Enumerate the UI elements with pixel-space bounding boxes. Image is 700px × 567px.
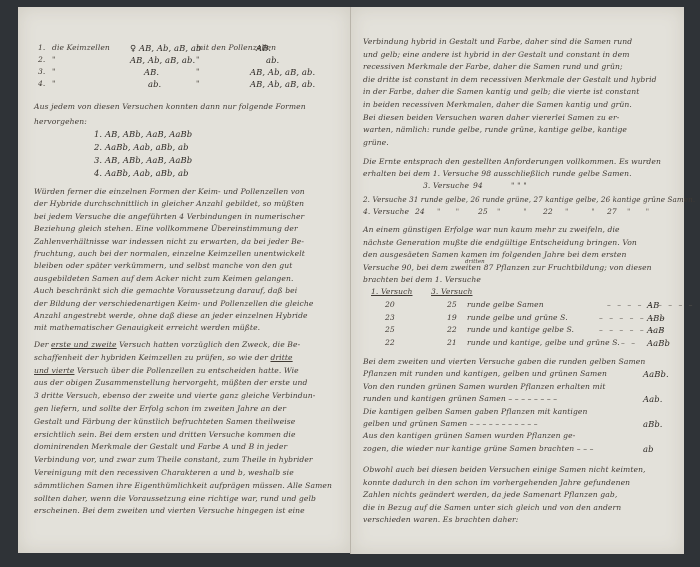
underlined-text: und vierte	[34, 366, 74, 375]
table-cell-description: runde und kantige gelbe S.	[467, 325, 574, 335]
paragraph-line: Obwohl auch bei diesen beiden Versuchen …	[363, 465, 646, 475]
results-2-line: 2. Versuche 31 runde gelbe, 26 runde grü…	[363, 195, 695, 205]
paragraph-line: runden und kantigen grünen Samen – – – –…	[363, 394, 557, 404]
paragraph-line: sämmtlichen Samen ihre Eigenthümlichkeit…	[34, 481, 332, 491]
paragraph-line: Verbindung vor, und zwar zum Theile cons…	[34, 455, 313, 465]
pollen-cell-formula: AB, Ab, aB, ab.	[250, 79, 315, 89]
table-cell-versuch-3: 22	[447, 325, 457, 335]
paragraph-line: den ausgesäeten Samen kamen im folgenden…	[363, 250, 626, 260]
paragraph-line: konnte dadurch in den schon im vorhergeh…	[363, 478, 630, 488]
germ-cell-formula: AB, Ab, aB, ab.	[130, 55, 195, 65]
paragraph-line: die in Bezug auf die Samen unter sich gl…	[363, 503, 621, 513]
table-cell-genotype: ABb	[647, 313, 665, 323]
paragraph-line: Anzahl angestrebt werde, ohne daß diese …	[34, 311, 308, 321]
table-cell-versuch-3: 25	[447, 300, 457, 310]
table-leader-dashes: – –	[621, 338, 637, 348]
results-4-label: 4. Versuche	[363, 207, 409, 217]
results-4-value-4: 27	[607, 207, 617, 217]
paragraph-line: schaffenheit der hybriden Keimzellen zu …	[34, 353, 293, 363]
results-4-value-1: 24	[415, 207, 425, 217]
pollen-cell-formula: AB, Ab, aB, ab.	[250, 67, 315, 77]
form-list-item-1: 1. AB, ABb, AaB, AaBb	[94, 129, 192, 139]
table-cell-versuch-1: 22	[385, 338, 395, 348]
table-header-2: 3. Versuch	[431, 287, 473, 297]
paragraph-line: Verbindung hybrid in Gestalt und Farbe, …	[363, 37, 632, 47]
table-cell-genotype: AB	[647, 300, 659, 310]
paragraph-line: Zahlen nichts geändert werden, da jede S…	[363, 490, 617, 500]
intro-line-1: Aus jedem von diesen Versuchen konnten d…	[34, 102, 306, 112]
paragraph-line: Gestalt und Färbung der künstlich befruc…	[34, 417, 295, 427]
ditto-mark: " "	[497, 207, 527, 217]
paragraph-line: warten, nämlich: runde gelbe, runde grün…	[363, 125, 627, 135]
results-intro-line-2: erhalten bei dem 1. Versuche 98 ausschli…	[363, 169, 632, 179]
paragraph-line: dominirenden Merkmale der Gestalt und Fa…	[34, 442, 287, 452]
paragraph-line: Vereinigung mit den recessiven Charakter…	[34, 468, 294, 478]
table-cell-description: runde und kantige, gelbe und grüne S.	[467, 338, 620, 348]
paragraph-line: 3 dritte Versuch, ebenso der zweite und …	[34, 391, 315, 401]
table-cell-genotype: AaBb	[647, 338, 670, 348]
cross-number: 3.	[38, 67, 45, 77]
ditto-mark: " "	[565, 207, 595, 217]
cross-number: 4.	[38, 79, 45, 89]
paragraph-line: gelben und grünen Samen – – – – – – – – …	[363, 419, 538, 429]
cross-text: "	[196, 67, 200, 77]
paragraph-line: Auch beschränkt sich die gemachte Voraus…	[34, 286, 297, 296]
form-list-item-4: 4. AaBb, Aab, aBb, ab	[94, 168, 189, 178]
paragraph-line: zogen, die wieder nur kantige grüne Same…	[363, 444, 594, 454]
paragraph-line: und vierte Versuch über die Pollenzellen…	[34, 366, 299, 376]
left-manuscript-page: 1.die Keimzellen♀ AB, Ab, aB, abmit den …	[18, 7, 350, 553]
genotype-label: Aab.	[643, 394, 662, 404]
paragraph-line: Die kantigen gelben Samen gaben Pflanzen…	[363, 407, 588, 417]
paragraph-line: recessiven Merkmale der Farbe, daher die…	[363, 62, 623, 72]
paragraph-line: gen liefern, und sollte der Erfolg schon…	[34, 404, 286, 414]
ditto-mark: " "	[627, 207, 649, 217]
table-header-1: 1. Versuch	[371, 287, 413, 297]
table-cell-versuch-1: 25	[385, 325, 395, 335]
results-4-value-3: 22	[543, 207, 553, 217]
paragraph-line: fruchtung, auch bei der normalen, einzel…	[34, 249, 305, 259]
pollen-cell-formula: AB.	[256, 43, 271, 53]
paragraph-line: Bei diesen beiden Versuchen waren daher …	[363, 113, 619, 123]
form-list-item-2: 2. AaBb, Aab, aBb, ab	[94, 142, 189, 152]
underlined-text: erste und zweite	[51, 340, 117, 349]
paragraph-line: der Hybride durchschnittlich in gleicher…	[34, 199, 304, 209]
table-cell-description: runde gelbe und grüne S.	[467, 313, 568, 323]
paragraph-line: mit mathematischer Genauigkeit erreicht …	[34, 323, 260, 333]
paragraph-line: Von den runden grünen Samen wurden Pflan…	[363, 382, 606, 392]
paragraph-line: in beiden recessiven Merkmalen, daher di…	[363, 100, 632, 110]
form-list-item-3: 3. AB, ABb, AaB, AaBb	[94, 155, 192, 165]
paragraph-line: nächste Generation mußte die endgültige …	[363, 238, 637, 248]
paragraph-line: brachten bei dem 1. Versuche	[363, 275, 481, 285]
paragraph-line: bei jedem Versuche die angeführten 4 Ver…	[34, 212, 304, 222]
right-manuscript-page: Verbindung hybrid in Gestalt und Farbe, …	[350, 7, 684, 554]
table-cell-genotype: AaB	[647, 325, 665, 335]
paragraph-line: Versuche 90, bei dem zweiten 87 Pflanzen…	[363, 263, 652, 273]
paragraph-line: erscheinen. Bei dem zweiten und vierten …	[34, 506, 305, 516]
paragraph-line: Zahlenverhältnisse war indessen nicht zu…	[34, 237, 304, 247]
paragraph-line: die dritte ist constant in dem recessive…	[363, 75, 657, 85]
paragraph-line: An einem günstigen Erfolge war nun kaum …	[363, 225, 620, 235]
germ-cell-formula: ♀ AB, Ab, aB, ab	[130, 43, 201, 53]
paragraph-line: in der Farbe, daher die Samen kantig und…	[363, 87, 639, 97]
genotype-label: AaBb.	[643, 369, 669, 379]
germ-cell-formula: AB.	[144, 67, 159, 77]
paragraph-line: verschieden waren. Es brachten daher:	[363, 515, 518, 525]
results-intro-line-1: Die Ernte entsprach den gestellten Anfor…	[363, 157, 661, 167]
pollen-cell-formula: ab.	[266, 55, 279, 65]
cross-text: "	[52, 67, 56, 77]
cross-text: die Keimzellen	[52, 43, 110, 53]
paragraph-line: grüne.	[363, 138, 389, 148]
table-cell-versuch-1: 23	[385, 313, 395, 323]
paragraph-line: bleiben oder später verkümmern, und selb…	[34, 261, 292, 271]
paragraph-line: ausgebildeten Samen auf dem Acker nicht …	[34, 274, 294, 284]
results-3-ditto: " " "	[511, 181, 527, 191]
results-3-label: 3. Versuche	[423, 181, 469, 191]
cross-text: "	[196, 79, 200, 89]
ditto-mark: " "	[437, 207, 459, 217]
intro-line-2: hervorgehen:	[34, 117, 87, 127]
paragraph-line: Der erste und zweite Versuch hatten vorz…	[34, 340, 300, 350]
paragraph-line: Beziehung gleich stehen. Eine vollkommen…	[34, 224, 298, 234]
paragraph-line: Aus den kantigen grünen Samen wurden Pfl…	[363, 431, 575, 441]
paragraph-line: ersichtlich sein. Bei dem ersten und dri…	[34, 430, 296, 440]
inserted-word: dritten	[465, 257, 485, 267]
germ-cell-formula: ab.	[148, 79, 161, 89]
genotype-label: aBb.	[643, 419, 663, 429]
cross-text: "	[52, 79, 56, 89]
genotype-label: ab	[643, 444, 654, 454]
results-3-value: 94	[473, 181, 483, 191]
table-cell-versuch-1: 20	[385, 300, 395, 310]
cross-text: "	[52, 55, 56, 65]
paragraph-line: und gelb; eine andere ist hybrid in der …	[363, 50, 630, 60]
paragraph-line: Bei dem zweiten und vierten Versuche gab…	[363, 357, 645, 367]
table-cell-description: runde gelbe Samen	[467, 300, 544, 310]
paragraph-line: Pflanzen mit runden und kantigen, gelben…	[363, 369, 607, 379]
underlined-text: dritte	[270, 353, 292, 362]
cross-number: 1.	[38, 43, 45, 53]
paragraph-line: Würden ferner die einzelnen Formen der K…	[34, 187, 305, 197]
cross-text: "	[196, 55, 200, 65]
paragraph-line: sollten daher, wenn die Voraussetzung ei…	[34, 494, 316, 504]
table-cell-versuch-3: 21	[447, 338, 457, 348]
paragraph-line: der Bildung der verschiedenartigen Keim-…	[34, 299, 313, 309]
paragraph-line: aus der obigen Zusammenstellung hervorge…	[34, 378, 307, 388]
results-4-value-2: 25	[478, 207, 488, 217]
cross-number: 2.	[38, 55, 45, 65]
table-cell-versuch-3: 19	[447, 313, 457, 323]
